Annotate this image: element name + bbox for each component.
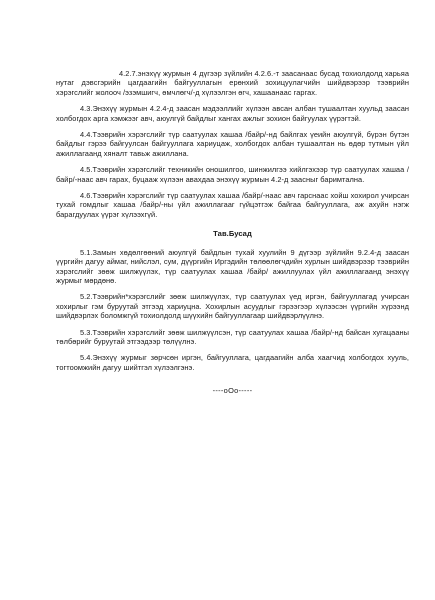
paragraph-5-4: 5.4.Энэхүү журмыг зөрчсөн иргэн, байгуул… bbox=[56, 353, 409, 372]
paragraph-5-2: 5.2.Тээврийн*хэрэгслийг зөөж шилжүүлэх, … bbox=[56, 292, 409, 320]
paragraph-5-3: 5.3.Тээврийн хэрэгслийг зөөж шилжүүлсэн,… bbox=[56, 328, 409, 347]
closing-mark: ----oOo----- bbox=[56, 386, 409, 395]
paragraph-4-4: 4.4.Тээврийн хэрэгслийг түр саатуулах ха… bbox=[56, 130, 409, 158]
paragraph-5-1: 5.1.Замын хөдөлгөөний аюулгүй байдлын ту… bbox=[56, 248, 409, 286]
document-page: 4.2.7.энэхүү журмын 4 дүгээр зүйлийн 4.2… bbox=[56, 69, 409, 396]
paragraph-4-5: 4.5.Тээврийн хэрэгслийг техникийн оношил… bbox=[56, 165, 409, 184]
paragraph-4-6: 4.6.Тээврийн хэрэгслийг түр саатуулах ха… bbox=[56, 191, 409, 219]
paragraph-4-3: 4.3.Энэхүү журмын 4.2.4-д заасан мэдээлл… bbox=[56, 104, 409, 123]
section-5-title: Тав.Бусад bbox=[56, 229, 409, 238]
paragraph-4-2-7: 4.2.7.энэхүү журмын 4 дүгээр зүйлийн 4.2… bbox=[56, 69, 409, 97]
